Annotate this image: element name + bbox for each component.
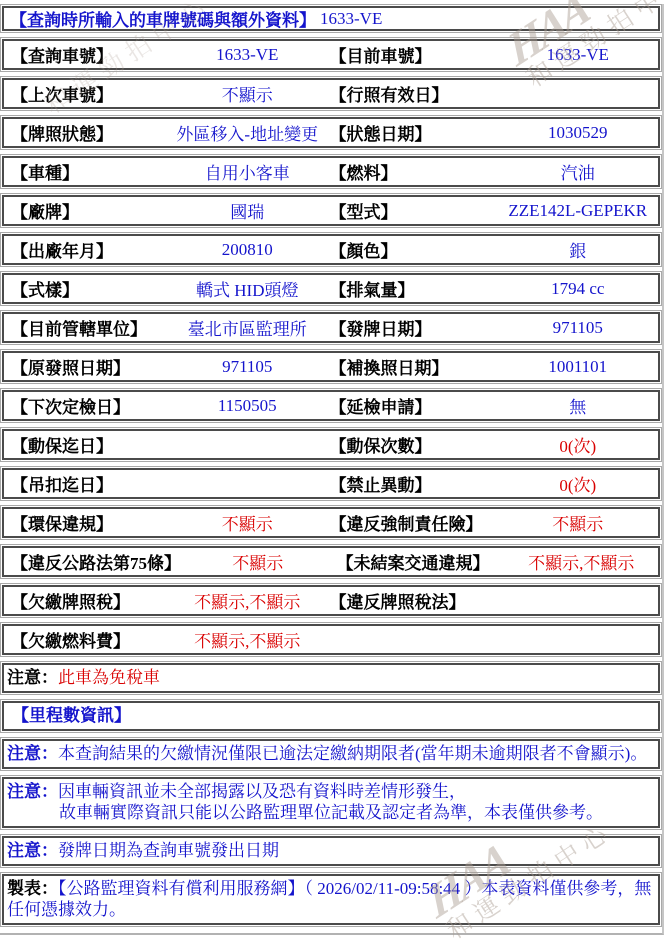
field-value-1: 不顯示,不顯示 [167,588,328,613]
query-result-frame: 【查詢時所輸入的車牌號碼與額外資料】 1633-VE 【查詢車號】 1633-V… [0,4,664,935]
section-title: 【里程數資訊】 [7,706,131,725]
field-value-2: 1001101 [498,357,659,377]
field-label-2: 【未結案交通違規】 [335,549,505,574]
field-label-1: 【欠繳燃料費】 [4,627,167,652]
note-row: 注意：發牌日期為查詢車號發出日期 [0,834,662,868]
table-row: 【吊扣迄日】 【禁止異動】 0(次) [0,466,662,501]
field-label-1: 【動保迄日】 [4,432,167,457]
field-value-2: 不顯示 [498,510,659,535]
field-label-1: 【式樣】 [4,276,167,301]
field-label-1: 【上次車號】 [4,81,167,106]
field-label-2: 【目前車號】 [328,42,498,67]
field-value-1: 不顯示,不顯示 [167,627,328,652]
field-label-2: 【發牌日期】 [328,315,498,340]
table-row: 【車種】 自用小客車 【燃料】 汽油 [0,154,662,189]
field-value-1: 不顯示 [167,81,328,106]
field-value-1: 外區移入-地址變更 [167,120,328,145]
field-value-1: 200810 [167,240,328,260]
note-prefix: 注意： [7,782,58,801]
table-row: 【動保迄日】 【動保次數】 0(次) [0,427,662,462]
field-value-1: 1150505 [167,396,328,416]
field-label-2: 【型式】 [328,198,498,223]
table-row: 【上次車號】 不顯示 【行照有效日】 [0,76,662,111]
table-row: 【出廠年月】 200810 【顏色】 銀 [0,232,662,267]
note-row: 注意：因車輛資訊並未全部揭露以及恐有資料時差情形發生， 故車輛實際資訊只能以公路… [0,775,662,830]
note-text: 【公路監理資料有償利用服務網】（ 2026/02/11-09:58:44 ）本表… [7,879,651,919]
field-value-1: 國瑞 [167,198,328,223]
field-label-1: 【目前管轄單位】 [4,315,167,340]
field-label-2: 【延檢申請】 [328,393,498,418]
table-row: 【原發照日期】 971105 【補換照日期】 1001101 [0,349,662,384]
note-text: 因車輛資訊並未全部揭露以及恐有資料時差情形發生， [58,782,466,801]
note-text-line2: 故車輛實際資訊只能以公路監理單位記載及認定者為準，本表僅供參考。 [7,802,653,823]
table-row: 【廠牌】 國瑞 【型式】 ZZE142L-GEPEKR [0,193,662,228]
field-label-2: 【排氣量】 [328,276,498,301]
note-text: 發牌日期為查詢車號發出日期 [58,841,279,860]
note-prefix: 製表： [7,879,58,898]
field-label-1: 【欠繳牌照稅】 [4,588,167,613]
field-value-2: 1794 cc [498,279,659,299]
field-label-1: 【下次定檢日】 [4,393,167,418]
field-label-2: 【禁止異動】 [328,471,498,496]
field-value-2: 1030529 [498,123,659,143]
table-row: 【牌照狀態】 外區移入-地址變更 【狀態日期】 1030529 [0,115,662,150]
field-value-2: 汽油 [498,159,659,184]
field-value-2: 0(次) [498,432,659,457]
field-label-1: 【車種】 [4,159,167,184]
note-prefix: 注意： [7,841,58,860]
note-prefix: 注意： [7,668,58,687]
field-label-1: 【廠牌】 [4,198,167,223]
field-value-1: 不顯示 [181,549,335,574]
note-prefix: 注意： [7,744,58,763]
table-row: 【環保違規】 不顯示 【違反強制責任險】 不顯示 [0,505,662,540]
field-value-2: 0(次) [498,471,659,496]
note-row: 注意：此車為免稅車 [0,661,662,695]
note-text: 本查詢結果的欠繳情況僅限已逾法定繳納期限者(當年期未逾期限者不會顯示)。 [58,744,647,763]
table-row: 【下次定檢日】 1150505 【延檢申請】 無 [0,388,662,423]
field-value-2: 1633-VE [498,45,659,65]
field-label-2: 【狀態日期】 [328,120,498,145]
field-value-2: 銀 [498,237,659,262]
field-label-2: 【顏色】 [328,237,498,262]
query-header-label: 【查詢時所輸入的車牌號碼與額外資料】 [10,6,316,31]
field-value-2: 不顯示,不顯示 [505,549,659,574]
field-value-2: 無 [498,393,659,418]
field-value-1: 不顯示 [167,510,328,535]
field-value-1: 自用小客車 [167,159,328,184]
note-row: 注意：本查詢結果的欠繳情況僅限已逾法定繳納期限者(當年期未逾期限者不會顯示)。 [0,737,662,771]
field-value-1: 轎式 HID頭燈 [167,276,328,301]
field-label-1: 【原發照日期】 [4,354,167,379]
vehicle-info-table: 【查詢車號】 1633-VE 【目前車號】 1633-VE 【上次車號】 不顯示… [0,37,662,657]
field-label-1: 【違反公路法第75條】 [4,549,181,574]
field-value-1: 臺北市區監理所 [167,315,328,340]
field-value-2: 971105 [498,318,659,338]
field-label-1: 【出廠年月】 [4,237,167,262]
notes-section: 注意：此車為免稅車 【里程數資訊】 注意：本查詢結果的欠繳情況僅限已逾法定繳納期… [0,661,662,927]
field-label-2: 【違反強制責任險】 [328,510,498,535]
field-label-1: 【環保違規】 [4,510,167,535]
field-value-1: 971105 [167,357,328,377]
note-text: 此車為免稅車 [58,668,160,687]
query-plate-number: 1633-VE [316,9,382,29]
field-value-2: ZZE142L-GEPEKR [498,201,659,221]
query-header-row: 【查詢時所輸入的車牌號碼與額外資料】 1633-VE [0,4,662,33]
field-label-1: 【牌照狀態】 [4,120,167,145]
table-row: 【式樣】 轎式 HID頭燈 【排氣量】 1794 cc [0,271,662,306]
field-label-2: 【違反牌照稅法】 [328,588,498,613]
field-label-1: 【查詢車號】 [4,42,167,67]
field-label-2: 【燃料】 [328,159,498,184]
section-row: 【里程數資訊】 [0,699,662,733]
table-row: 【欠繳燃料費】 不顯示,不顯示 [0,622,662,657]
field-label-2: 【行照有效日】 [328,81,498,106]
note-row: 製表：【公路監理資料有償利用服務網】（ 2026/02/11-09:58:44 … [0,872,662,927]
field-label-2: 【動保次數】 [328,432,498,457]
table-row: 【欠繳牌照稅】 不顯示,不顯示 【違反牌照稅法】 [0,583,662,618]
field-label-2: 【補換照日期】 [328,354,498,379]
table-row: 【查詢車號】 1633-VE 【目前車號】 1633-VE [0,37,662,72]
field-label-1: 【吊扣迄日】 [4,471,167,496]
field-value-1: 1633-VE [167,45,328,65]
table-row: 【違反公路法第75條】 不顯示 【未結案交通違規】 不顯示,不顯示 [0,544,662,579]
table-row: 【目前管轄單位】 臺北市區監理所 【發牌日期】 971105 [0,310,662,345]
